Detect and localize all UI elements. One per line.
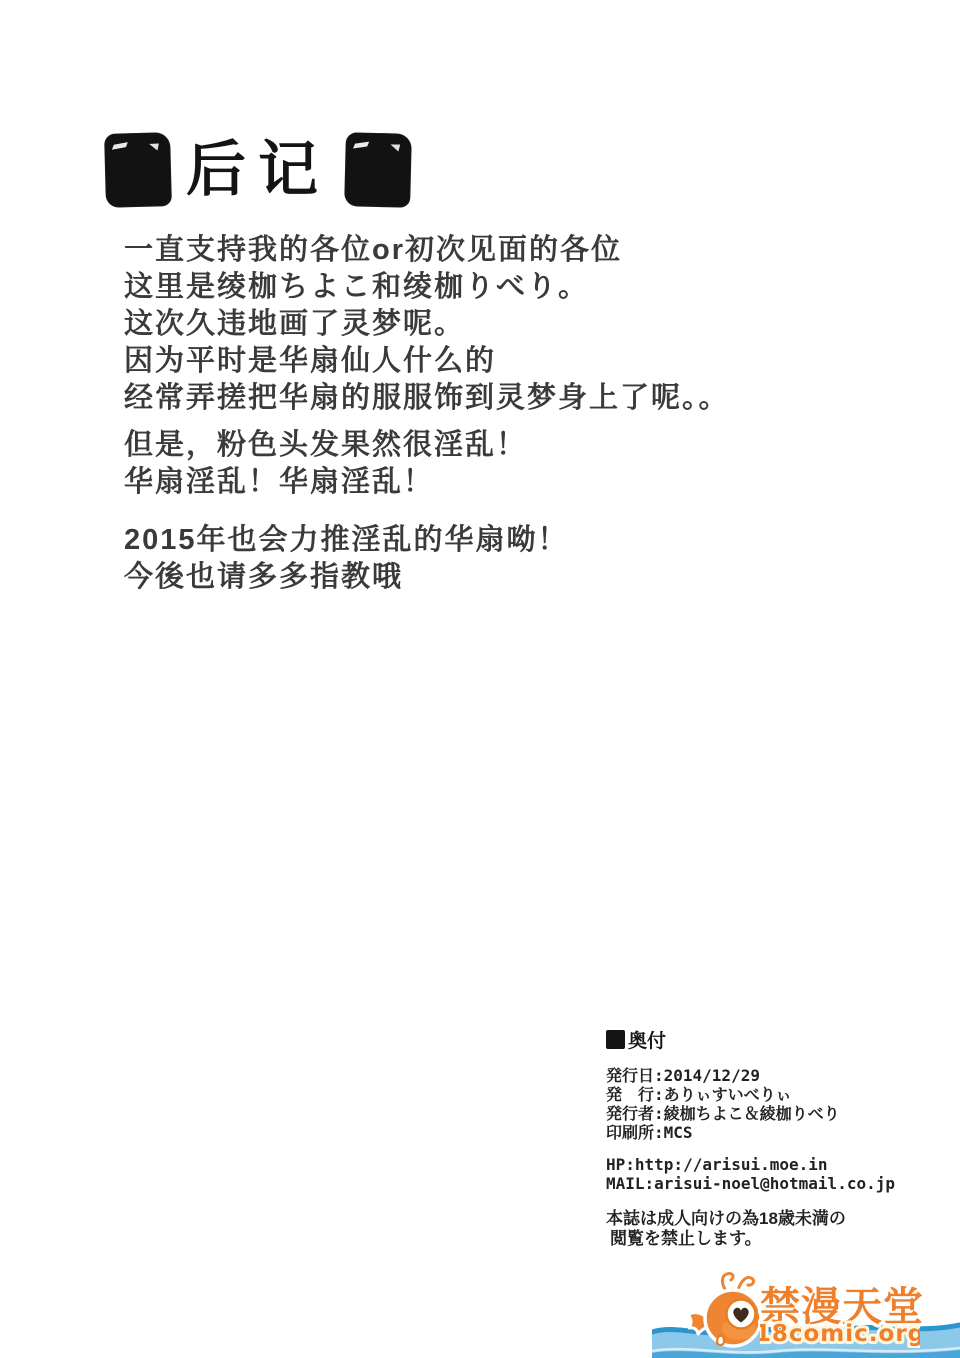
afterword-line: 今後也请多多指教哦 xyxy=(124,559,864,596)
site-url-text: 18comic.org xyxy=(760,1321,920,1347)
afterword-line: 这次久违地画了灵梦呢。 xyxy=(124,306,864,343)
page-title: 后记 xyxy=(186,134,330,206)
afterword-title-row: 后记 xyxy=(106,134,410,206)
ink-square-icon xyxy=(345,133,411,207)
site-url-logo: 18comic.org xyxy=(760,1318,920,1348)
afterword-line: 因为平时是华扇仙人什么的 xyxy=(124,343,864,380)
afterword-paragraph: 但是，粉色头发果然很淫乱！ 华扇淫乱！华扇淫乱！ xyxy=(124,427,864,501)
afterword-line: 这里是绫枷ちよこ和绫枷りべり。 xyxy=(124,269,864,306)
colophon: 奥付 発行日:2014/12/29 発 行:ありぃすいべりぃ 発行者:綾枷ちよこ… xyxy=(606,1026,936,1249)
notice-line: 本誌は成人向けの為18歳未満の xyxy=(606,1209,936,1229)
colophon-line-mail: MAIL:arisui-noel@hotmail.co.jp xyxy=(606,1174,936,1193)
colophon-line-homepage: HP:http://arisui.moe.in xyxy=(606,1155,936,1174)
mascot-tongue xyxy=(717,1336,724,1346)
afterword-line: 经常弄搓把华扇的服服饰到灵梦身上了呢。。 xyxy=(124,380,864,417)
afterword-paragraph: 2015年也会力推淫乱的华扇呦！ 今後也请多多指教哦 xyxy=(124,522,864,596)
mascot-antenna-right xyxy=(738,1278,754,1290)
afterword-line: 一直支持我的各位or初次见面的各位 xyxy=(124,232,864,269)
colophon-line-publish-date: 発行日:2014/12/29 xyxy=(606,1066,936,1085)
afterword-paragraph: 一直支持我的各位or初次见面的各位 这里是绫枷ちよこ和绫枷りべり。 这次久违地画… xyxy=(124,232,864,417)
scanned-page: 后记 一直支持我的各位or初次见面的各位 这里是绫枷ちよこ和绫枷りべり。 这次久… xyxy=(0,0,960,1358)
afterword-line: 华扇淫乱！华扇淫乱！ xyxy=(124,464,864,501)
colophon-contact-info: HP:http://arisui.moe.in MAIL:arisui-noel… xyxy=(606,1155,936,1193)
colophon-header-label: 奥付 xyxy=(628,1026,666,1053)
colophon-header: 奥付 xyxy=(606,1026,936,1053)
afterword-line: 但是，粉色头发果然很淫乱！ xyxy=(124,427,864,464)
colophon-publication-info: 発行日:2014/12/29 発 行:ありぃすいべりぃ 発行者:綾枷ちよこ＆綾枷… xyxy=(606,1066,936,1142)
colophon-age-notice: 本誌は成人向けの為18歳未満の 閲覧を禁止します。 xyxy=(606,1209,936,1249)
colophon-line-printer: 印刷所:MCS xyxy=(606,1123,936,1142)
afterword-line: 2015年也会力推淫乱的华扇呦！ xyxy=(124,522,864,559)
notice-line: 閲覧を禁止します。 xyxy=(606,1229,936,1249)
colophon-line-circle: 発 行:ありぃすいべりぃ xyxy=(606,1085,936,1104)
ink-square-icon xyxy=(105,133,171,207)
afterword-body: 一直支持我的各位or初次见面的各位 这里是绫枷ちよこ和绫枷りべり。 这次久违地画… xyxy=(124,232,864,596)
black-square-icon xyxy=(606,1030,625,1049)
colophon-line-authors: 発行者:綾枷ちよこ＆綾枷りべり xyxy=(606,1104,936,1123)
